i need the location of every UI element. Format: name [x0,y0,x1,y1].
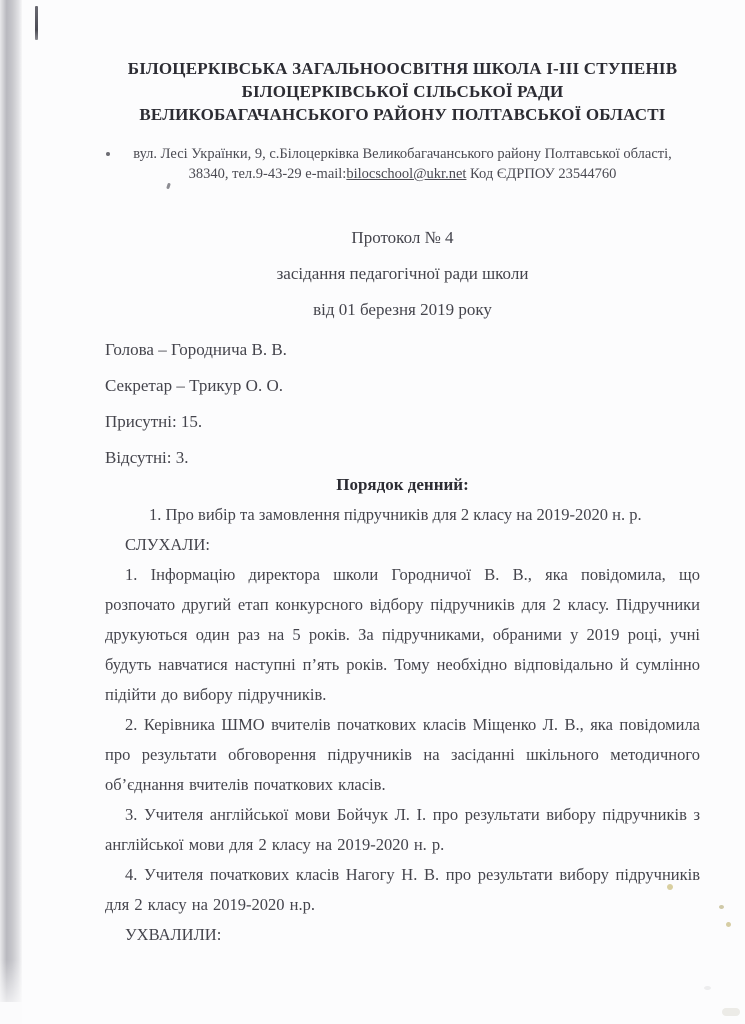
scanned-protocol-page: БІЛОЦЕРКІВСЬКА ЗАГАЛЬНООСВІТНЯ ШКОЛА І-І… [0,0,745,1024]
heard-paragraph-1: 1. Інформацію директора школи Городничої… [105,560,700,710]
protocol-title-block: Протокол № 4 засідання педагогічної ради… [105,220,700,328]
address-line2-suffix: Код ЄДРПОУ 23544760 [466,166,616,182]
school-name-line3: ВЕЛИКОБАГАЧАНСЬКОГО РАЙОНУ ПОЛТАВСЬКОЇ О… [105,103,700,126]
address-line1: вул. Лесі Українки, 9, с.Білоцерківка Ве… [105,144,700,164]
document-content: БІЛОЦЕРКІВСЬКА ЗАГАЛЬНООСВІТНЯ ШКОЛА І-І… [0,0,745,950]
scan-speck [722,1008,740,1016]
address-line2: 38340, тел.9-43-29 e-mail:bilocschool@uk… [105,164,700,184]
school-address-block: вул. Лесі Українки, 9, с.Білоцерківка Ве… [105,144,700,184]
school-name-line1: БІЛОЦЕРКІВСЬКА ЗАГАЛЬНООСВІТНЯ ШКОЛА І-І… [105,57,700,80]
heard-paragraph-3: 3. Учителя англійської мови Бойчук Л. І.… [105,800,700,860]
protocol-date: від 01 березня 2019 року [105,292,700,328]
meeting-meta-block: Голова – Городнича В. В. Секретар – Трик… [105,332,700,476]
scan-speck [704,986,711,990]
school-email: bilocschool@ukr.net [346,166,466,182]
scan-edge-fade [0,960,22,1024]
heard-section-label: СЛУХАЛИ: [105,530,700,560]
meeting-chair: Голова – Городнича В. В. [105,332,700,368]
resolved-section-label: УХВАЛИЛИ: [105,920,700,950]
agenda-item-1: 1. Про вибір та замовлення підручників д… [105,500,700,530]
protocol-subject: засідання педагогічної ради школи [105,256,700,292]
heard-paragraph-2: 2. Керівника ШМО вчителів початкових кла… [105,710,700,800]
protocol-body: 1. Про вибір та замовлення підручників д… [105,500,700,950]
protocol-number: Протокол № 4 [105,220,700,256]
address-line2-prefix: 38340, тел.9-43-29 e-mail: [189,166,347,182]
agenda-heading: Порядок денний: [105,470,700,500]
school-name-line2: БІЛОЦЕРКІВСЬКОЇ СІЛЬСЬКОЇ РАДИ [105,80,700,103]
meeting-present-count: Присутні: 15. [105,404,700,440]
school-letterhead: БІЛОЦЕРКІВСЬКА ЗАГАЛЬНООСВІТНЯ ШКОЛА І-І… [105,57,700,126]
meeting-secretary: Секретар – Трикур О. О. [105,368,700,404]
heard-paragraph-4: 4. Учителя початкових класів Нагогу Н. В… [105,860,700,920]
